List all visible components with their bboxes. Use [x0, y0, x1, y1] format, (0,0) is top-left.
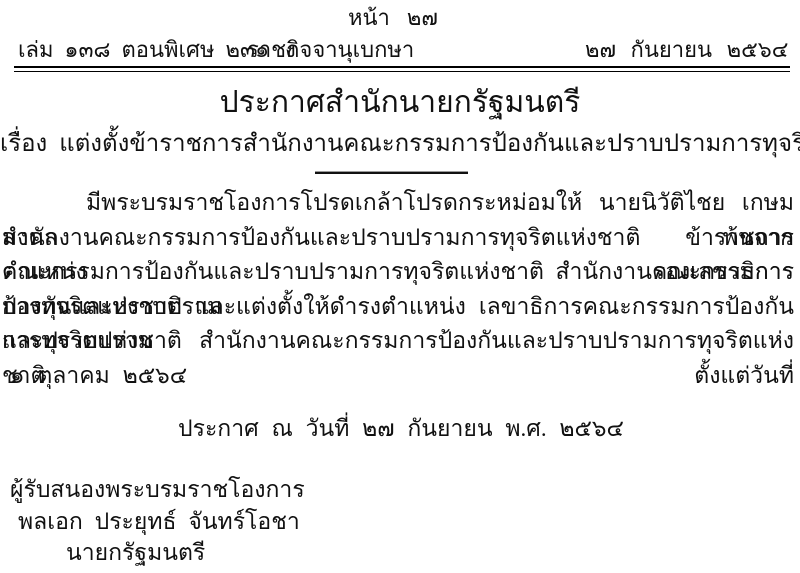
subject-text: แต่งตั้งข้าราชการสำนักงานคณะกรรมการป้องก… — [59, 131, 800, 157]
page-label: หน้า — [348, 5, 390, 30]
subject-divider-rule — [315, 171, 468, 174]
signer-name: พลเอก ประยุทธ์ จันทร์โอชา — [18, 506, 300, 538]
proclamation-date-line: ประกาศ ณ วันที่ ๒๗ กันยายน พ.ศ. ๒๕๖๔ — [178, 412, 624, 446]
body-line: มีพระบรมราชโองการโปรดเกล้าโปรดกระหม่อมให… — [2, 186, 794, 221]
body-line: การทุจริตแห่งชาติ สำนักงานคณะกรรมการป้อง… — [2, 324, 794, 359]
gazette-page: หน้า๒๗ เล่ม๑๓๘ตอนพิเศษ๒๓๑ง ราชกิจจานุเบก… — [0, 0, 800, 573]
volume-number: ๑๓๘ — [65, 37, 111, 62]
part-label: ตอนพิเศษ — [122, 37, 215, 62]
announcement-title: ประกาศสำนักนายกรัฐมนตรี — [0, 84, 800, 122]
page-number: ๒๗ — [407, 5, 438, 30]
subject-label: เรื่อง — [0, 131, 47, 157]
gazette-name: ราชกิจจานุเบกษา — [247, 36, 414, 64]
masthead-double-rule — [14, 66, 790, 72]
issue-date: ๒๗ กันยายน ๒๕๖๔ — [585, 36, 788, 64]
signer-title: นายกรัฐมนตรี — [66, 537, 205, 569]
page-number-line: หน้า๒๗ — [348, 4, 438, 32]
announcement-subject: เรื่องแต่งตั้งข้าราชการสำนักงานคณะกรรมกา… — [0, 128, 800, 160]
body-line: สำนักงานคณะกรรมการป้องกันและปราบปรามการท… — [2, 221, 794, 256]
announcement-body: มีพระบรมราชโองการโปรดเกล้าโปรดกระหม่อมให… — [2, 186, 794, 394]
body-line: การทุจริตแห่งชาติ และแต่งตั้งให้ดำรงตำแห… — [2, 290, 794, 325]
body-line: คณะกรรมการป้องกันและปราบปรามการทุจริตแห่… — [2, 255, 794, 290]
volume-label: เล่ม — [18, 37, 54, 62]
countersign-label: ผู้รับสนองพระบรมราชโองการ — [10, 474, 305, 506]
masthead: เล่ม๑๓๘ตอนพิเศษ๒๓๑ง ราชกิจจานุเบกษา ๒๗ ก… — [0, 36, 800, 66]
